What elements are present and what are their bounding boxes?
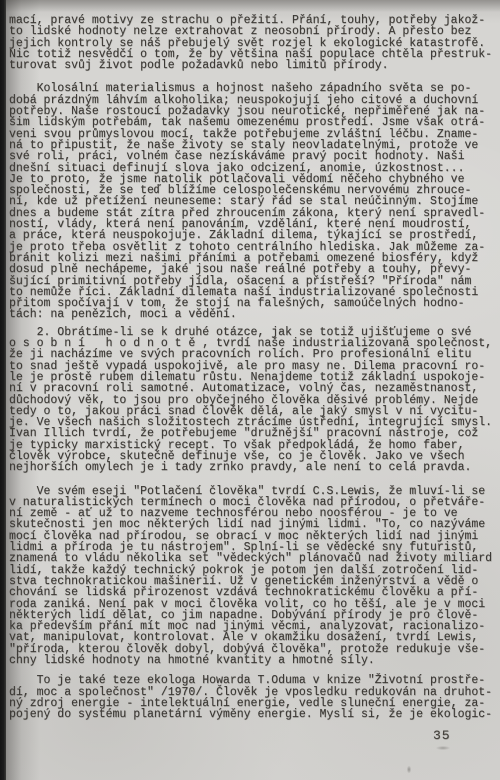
text-line: pojený do systému planetární výměny ener… [9, 709, 498, 720]
paragraph: Kolosální materialismus a hojnost našeho… [9, 83, 498, 320]
text-line: dosud plně nechápeme, jaké jsou naše reá… [9, 264, 498, 275]
text-line: že ji nacházíme ve svých pracovních rolí… [9, 349, 498, 360]
text-line: to lidské hodnoty nelze extrahovat z neo… [9, 26, 498, 37]
text-line: chny lidské hodnoty na hmotné kvantity a… [9, 655, 498, 666]
ink-speck [407, 766, 411, 773]
text-line: Ivan Illich tvrdí, že potřebujeme "družn… [9, 428, 498, 439]
text-line: ní v pracovní roli samotné. Automatizace… [9, 383, 498, 394]
text-line: nejhorších omylech je i tady zrnko pravd… [9, 462, 498, 473]
paragraph: Ve svém eseji "Potlačení člověka" tvrdí … [9, 486, 498, 667]
document-scan: mací, pravé motivy ze strachu o přežití.… [0, 0, 500, 780]
scan-left-edge [0, 0, 6, 780]
page-text-body: mací, pravé motivy ze strachu o přežití.… [9, 15, 498, 730]
text-line: šim lidským potřebám, tak našemu omezené… [9, 117, 498, 128]
text-line: tách: na penězích, moci a vědění. [9, 309, 498, 320]
page-number: 35 [433, 728, 451, 743]
paragraph: mací, pravé motivy ze strachu o přežití.… [9, 15, 498, 71]
text-line: své roli, práci, volném čase nezískáváme… [9, 151, 498, 162]
ink-smudge [436, 746, 450, 750]
text-line: chování se lidská přirozenost vzdává tec… [9, 587, 498, 598]
paragraph: To je také teze ekologa Howarda T.Oduma … [9, 675, 498, 720]
scan-top-shadow [0, 0, 500, 12]
paragraph: 2. Obrátíme-li se k druhé otázce, jak se… [9, 327, 498, 474]
text-line: To je také teze ekologa Howarda T.Oduma … [9, 675, 498, 686]
text-line: znamená to vládu několika set "vědeckých… [9, 553, 498, 564]
text-line: a práce, která neuspokojuje. Základní di… [9, 230, 498, 241]
text-line: turovat svůj život podle požadavků nebo … [9, 60, 498, 71]
